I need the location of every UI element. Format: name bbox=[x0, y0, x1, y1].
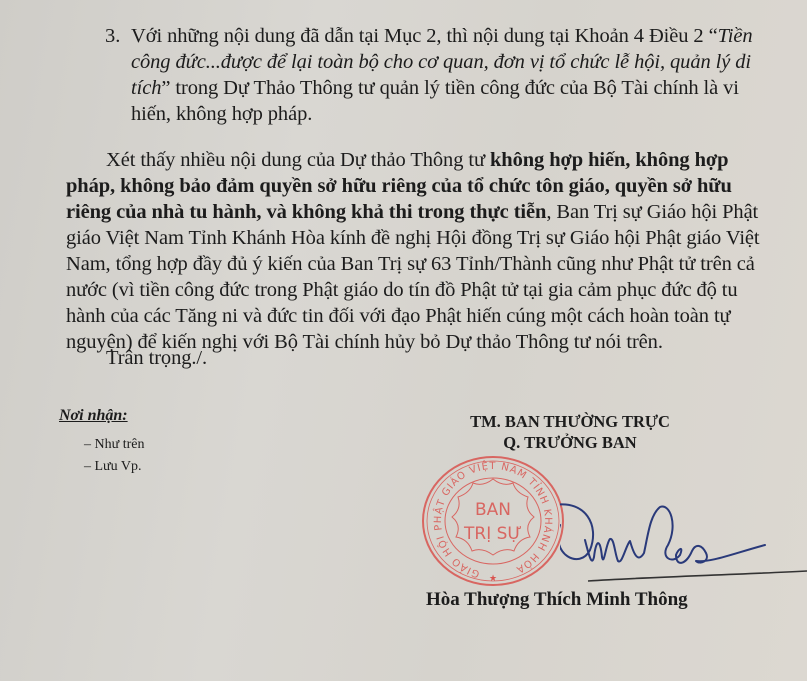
item3-line-4: hiến, không hợp pháp. bbox=[131, 101, 312, 127]
item3-line-1: Với những nội dung đã dẫn tại Mục 2, thì… bbox=[131, 23, 753, 49]
item-number: 3. bbox=[105, 23, 120, 49]
signer-name: Hòa Thượng Thích Minh Thông bbox=[426, 589, 688, 611]
svg-text:★: ★ bbox=[489, 573, 497, 583]
item3-line-3-text: ” trong Dự Thảo Thông tư quản lý tiền cô… bbox=[161, 77, 739, 99]
official-seal-icon: GIÁO HỘI PHẬT GIÁO VIỆT NAM TỈNH KHÁNH H… bbox=[418, 453, 568, 589]
conclusion-line-7: hành của các Tăng ni và đức tin đối với … bbox=[66, 303, 731, 329]
item3-line-3-italic: tích bbox=[131, 77, 161, 99]
item3-line-3: tích” trong Dự Thảo Thông tư quản lý tiề… bbox=[131, 75, 739, 101]
recipient-item: – Lưu Vp. bbox=[84, 459, 142, 475]
closing: Trân trọng./. bbox=[106, 345, 207, 371]
conclusion-line-6: nước (vì tiền công đức trong Phật giáo d… bbox=[66, 277, 738, 303]
item3-line-2: công đức...được để lại toàn bộ cho cơ qu… bbox=[131, 49, 751, 75]
item3-line-1-text: Với những nội dung đã dẫn tại Mục 2, thì… bbox=[131, 25, 718, 47]
conclusion-line-1-text: Xét thấy nhiều nội dung của Dự thảo Thôn… bbox=[106, 149, 490, 171]
svg-text:TRỊ SỰ: TRỊ SỰ bbox=[463, 524, 522, 544]
recipient-item: – Như trên bbox=[84, 437, 144, 453]
conclusion-line-1: Xét thấy nhiều nội dung của Dự thảo Thôn… bbox=[106, 147, 728, 173]
conclusion-line-4: giáo Việt Nam Tỉnh Khánh Hòa kính đề ngh… bbox=[66, 225, 760, 251]
conclusion-line-1-bold: không hợp hiến, không hợp bbox=[490, 149, 728, 171]
svg-text:BAN: BAN bbox=[475, 500, 511, 520]
conclusion-line-3-bold: riêng của nhà tu hành, và không khả thi … bbox=[66, 201, 546, 223]
conclusion-line-3-text: , Ban Trị sự Giáo hội Phật bbox=[546, 201, 758, 223]
recipients-title: Nơi nhận: bbox=[59, 407, 128, 425]
handwritten-signature-icon bbox=[560, 495, 807, 590]
item3-line-1-italic: Tiền bbox=[718, 25, 753, 47]
signature-title-1: TM. BAN THƯỜNG TRỰC bbox=[440, 412, 700, 432]
signature-title-2: Q. TRƯỞNG BAN bbox=[440, 433, 700, 453]
document-page: 3. Với những nội dung đã dẫn tại Mục 2, … bbox=[0, 0, 807, 681]
conclusion-line-3: riêng của nhà tu hành, và không khả thi … bbox=[66, 199, 758, 225]
conclusion-line-2: pháp, không bảo đảm quyền sở hữu riêng c… bbox=[66, 173, 732, 199]
conclusion-line-5: Nam, tổng hợp đầy đủ ý kiến của Ban Trị … bbox=[66, 251, 755, 277]
